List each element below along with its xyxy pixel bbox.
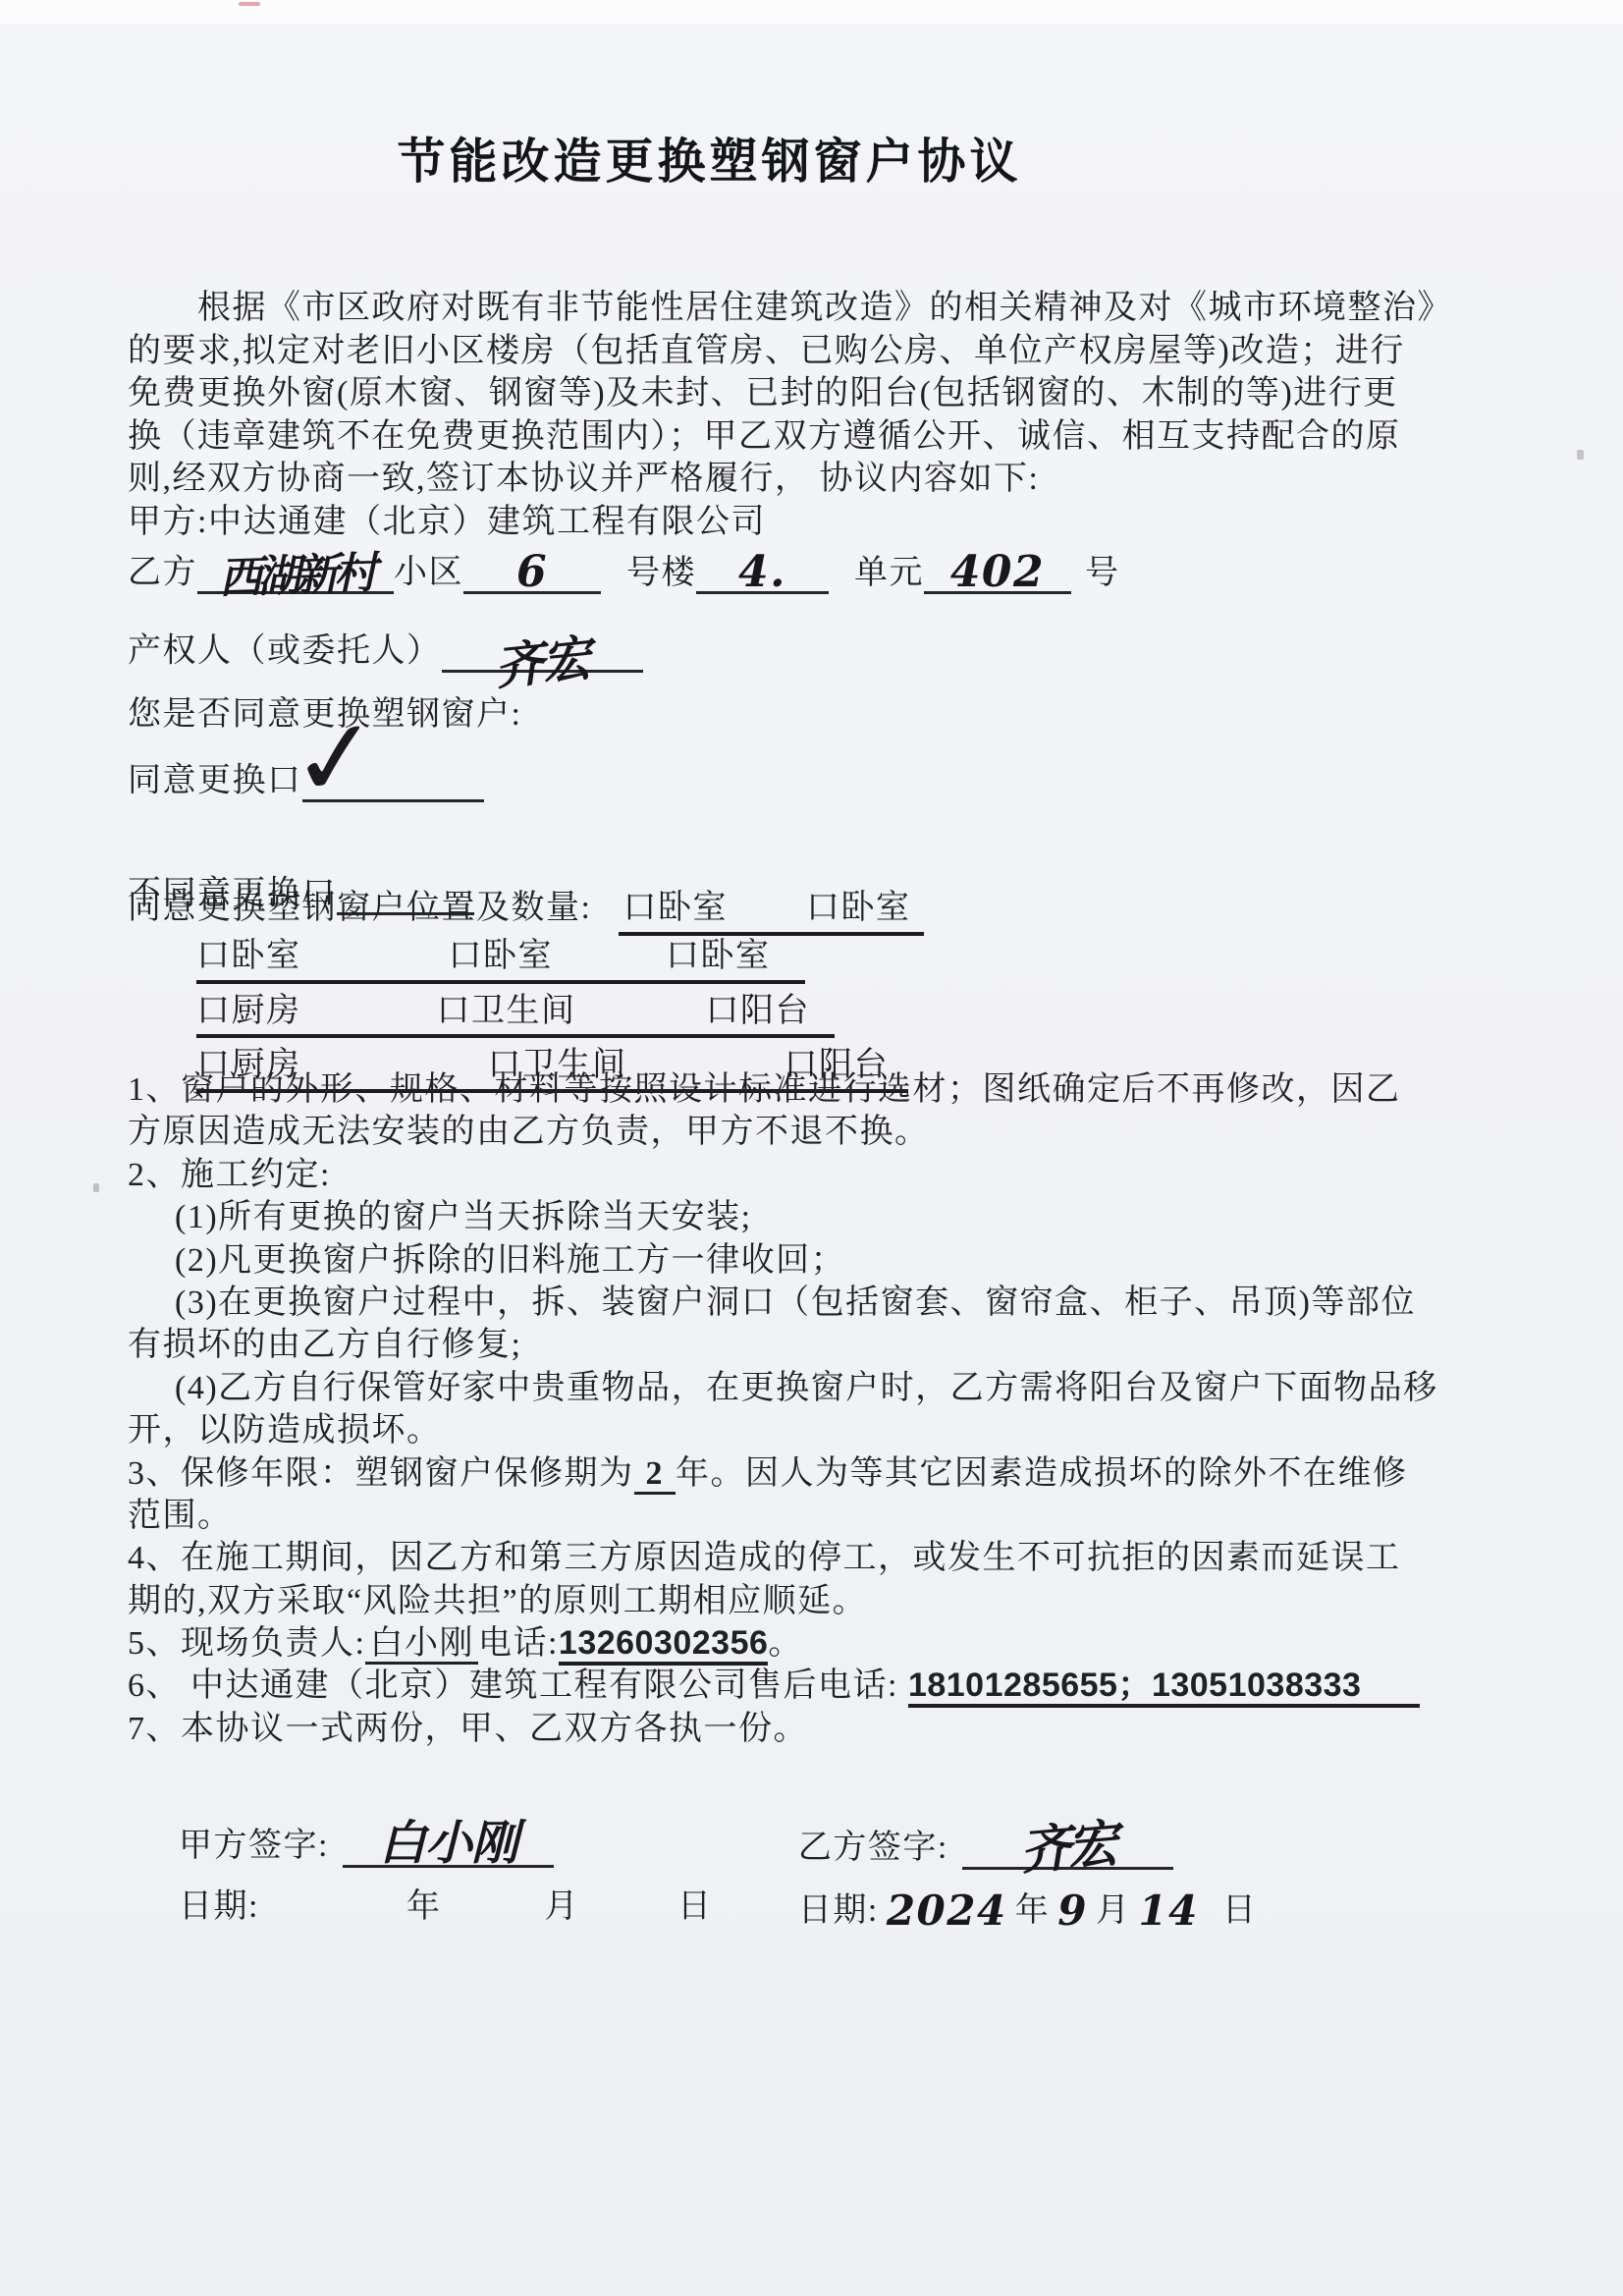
scanned-agreement-page: 节能改造更换塑钢窗户协议 根据《市区政府对既有非节能性居住建筑改造》的相关精神及… (0, 0, 1623, 2296)
community-label: 小区 (394, 555, 463, 591)
owner-line: 产权人（或委托人）齐宏 (128, 629, 1522, 673)
building-label: 号楼 (626, 555, 696, 591)
clause-3-line-1: 3、保修年限：塑钢窗户保修期为2年。因人为等其它因素造成损坏的除外不在维修 (128, 1452, 1522, 1495)
clause-2-item-4-line-2: 开，以防造成损坏。 (128, 1409, 1522, 1451)
clause-7-line: 7、本协议一式两份，甲、乙双方各执一份。 (128, 1708, 1522, 1750)
unit-label: 单元 (854, 555, 924, 591)
date-year-handwriting: 2024 (887, 1889, 1007, 1933)
checkbox-bathroom: 口卫生间 (437, 990, 576, 1033)
checkbox-bedroom: 口卧室 (449, 935, 554, 978)
clause-5-text: 5、现场负责人: (128, 1625, 365, 1662)
location-header-line: 同意更换塑钢窗户位置及数量:口卧室口卧室 (128, 887, 1522, 936)
clause-4-line-2: 期的,双方采取“风险共担”的原则工期相应顺延。 (128, 1580, 1522, 1622)
month-label: 月 (544, 1888, 579, 1925)
clause-5-text: 。 (768, 1625, 803, 1662)
year-label: 年 (406, 1888, 442, 1925)
party-b-signature-blank: 齐宏 (962, 1817, 1173, 1870)
clause-3-text: 年。因人为等其它因素造成损坏的除外不在维修 (676, 1455, 1408, 1492)
intro-line: 根据《市区政府对既有非节能性居住建筑改造》的相关精神及对《城市环境整治》 (128, 287, 1522, 330)
intro-paragraph: 根据《市区政府对既有非节能性居住建筑改造》的相关精神及对《城市环境整治》 的要求… (128, 287, 1522, 543)
signature-block: 甲方签字:白小刚 日期:年月日 乙方签字:齐宏 日期:2024年9月14日 (179, 1817, 1534, 1933)
clauses: 1、窗户的外形、规格、材料等按照设计标准进行选材；图纸确定后不再修改，因乙 方原… (128, 1068, 1522, 1750)
agree-checkmark-handwriting: ✓ (286, 702, 388, 814)
clause-2-header: 2、施工约定: (128, 1154, 1522, 1196)
agree-label: 同意更换口 (128, 763, 302, 799)
party-b-line: 乙方西湖新村小区6号楼4.单元402号 (128, 550, 1522, 594)
scan-speck (1577, 450, 1584, 460)
agree-line: 同意更换口 ✓ (128, 758, 1522, 802)
unit-handwriting: 4. (738, 552, 786, 593)
checkbox-bedroom: 口卧室 (196, 935, 301, 978)
intro-line: 换（违章建筑不在免费更换范围内）；甲乙双方遵循公开、诚信、相互支持配合的原 (128, 415, 1522, 459)
party-a-date-label: 日期: (179, 1888, 259, 1925)
clause-2-item-3-line-1: (3)在更换窗户过程中，拆、装窗户洞口（包括窗套、窗帘盒、柜子、吊顶)等部位 (128, 1282, 1522, 1324)
building-blank: 6 (463, 550, 601, 594)
room-handwriting: 402 (950, 552, 1045, 593)
checkbox-balcony: 口阳台 (706, 990, 811, 1033)
year-label: 年 (1015, 1892, 1051, 1929)
clause-3-text: 3、保修年限：塑钢窗户保修期为 (128, 1455, 634, 1492)
checkbox-bedroom: 口卧室 (806, 890, 911, 926)
checkbox-bedroom: 口卧室 (622, 890, 728, 926)
clause-2-item-1: (1)所有更换的窗户当天拆除当天安装; (128, 1196, 1522, 1238)
clause-2-item-3-line-2: 有损坏的由乙方自行修复; (128, 1324, 1522, 1366)
owner-blank: 齐宏 (442, 629, 643, 673)
clause-2-item-2: (2)凡更换窗户拆除的旧料施工方一律收回； (128, 1239, 1522, 1282)
clause-6-line: 6、 中达通建（北京）建筑工程有限公司售后电话: 18101285655；130… (128, 1665, 1522, 1707)
checkbox-kitchen: 口厨房 (196, 990, 301, 1033)
clause-4-line-1: 4、在施工期间，因乙方和第三方原因造成的停工，或发生不可抗拒的因素而延误工 (128, 1537, 1522, 1579)
warranty-years-value: 2 (634, 1455, 676, 1495)
building-handwriting: 6 (516, 552, 548, 593)
clause-3-line-2: 范围。 (128, 1495, 1522, 1537)
scan-speck (93, 1183, 99, 1192)
party-a-signature-column: 甲方签字:白小刚 日期:年月日 (179, 1817, 798, 1933)
party-a-line: 甲方:中达通建（北京）建筑工程有限公司 (128, 501, 1522, 544)
room-label: 号 (1085, 555, 1120, 591)
scan-speck (239, 2, 260, 6)
date-day-handwriting: 14 (1138, 1889, 1198, 1933)
party-a-signature-blank: 白小刚 (343, 1817, 554, 1868)
party-b-date-label: 日期: (798, 1892, 879, 1929)
checkbox-row: 口厨房 口卫生间 口阳台 (196, 990, 835, 1039)
date-month-handwriting: 9 (1057, 1889, 1088, 1933)
day-label: 日 (1222, 1892, 1258, 1929)
day-label: 日 (677, 1888, 713, 1925)
location-header-checkboxes: 口卧室口卧室 (619, 887, 924, 936)
clause-1-line-1: 1、窗户的外形、规格、材料等按照设计标准进行选材；图纸确定后不再修改，因乙 (128, 1068, 1522, 1111)
owner-label: 产权人（或委托人） (128, 633, 442, 670)
location-header-label: 同意更换塑钢窗户位置及数量: (128, 890, 591, 926)
clause-5-line: 5、现场负责人:白小刚电话:13260302356。 (128, 1622, 1522, 1665)
intro-line: 则,经双方协商一致,签订本协议并严格履行， 协议内容如下: (128, 458, 1522, 501)
checkbox-row: 口卧室 口卧室 口卧室 (196, 935, 805, 984)
clause-1-line-2: 方原因造成无法安装的由乙方负责，甲方不退不换。 (128, 1111, 1522, 1153)
site-manager-name: 白小刚 (365, 1625, 478, 1665)
unit-blank: 4. (696, 550, 829, 594)
checkbox-bedroom: 口卧室 (666, 935, 771, 978)
room-blank: 402 (924, 550, 1071, 594)
site-manager-phone: 13260302356 (559, 1624, 769, 1666)
community-handwriting: 西湖新村 (218, 553, 372, 599)
after-sales-phones: 18101285655；13051038333 (908, 1667, 1421, 1708)
community-blank: 西湖新村 (197, 550, 394, 594)
party-a-signature-label: 甲方签字: (179, 1828, 329, 1864)
party-b-signature-column: 乙方签字:齐宏 日期:2024年9月14日 (798, 1817, 1534, 1933)
document-title: 节能改造更换塑钢窗户协议 (128, 124, 1522, 192)
clause-2-item-4-line-1: (4)乙方自行保管好家中贵重物品，在更换窗户时，乙方需将阳台及窗户下面物品移 (128, 1367, 1522, 1409)
month-label: 月 (1096, 1892, 1131, 1929)
party-b-signature-label: 乙方签字: (798, 1830, 948, 1866)
party-a-signature-handwriting: 白小刚 (379, 1823, 517, 1866)
intro-line: 的要求,拟定对老旧小区楼房（包括直管房、已购公房、单位产权房屋等)改造；进行 (128, 330, 1522, 373)
intro-line: 免费更换外窗(原木窗、钢窗等)及未封、已封的阳台(包括钢窗的、木制的等)进行更 (128, 372, 1522, 415)
party-b-prefix: 乙方 (128, 555, 197, 591)
owner-signature-handwriting: 齐宏 (493, 637, 591, 688)
clause-5-text: 电话: (478, 1625, 559, 1662)
clause-6-text: 6、 中达通建（北京）建筑工程有限公司售后电话: (128, 1667, 908, 1704)
party-b-signature-handwriting: 齐宏 (1019, 1823, 1116, 1874)
